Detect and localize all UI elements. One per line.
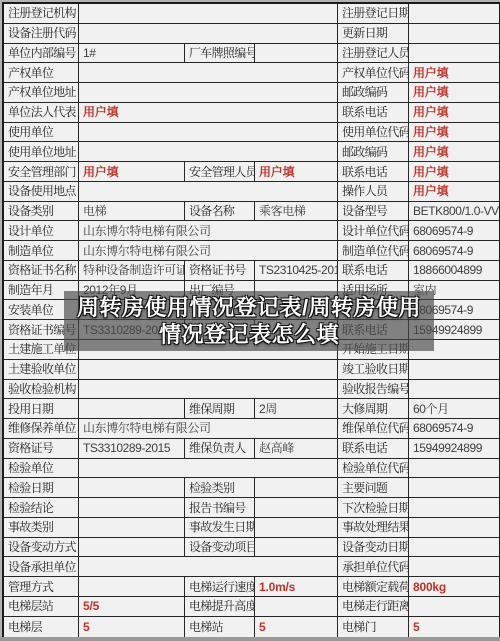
field-label: 设计单位 [4,221,79,241]
field-value: 用户填 [255,162,338,182]
field-label: 电梯额定载荷 [338,577,409,597]
field-value [79,182,338,202]
field-label: 设备类别 [4,202,79,222]
field-value: 用户填 [409,182,499,202]
field-label: 事故发生日期 [185,518,255,538]
field-label: 检验单位 [4,459,79,479]
field-value: 800kg [409,577,499,597]
field-value [409,498,499,518]
field-value [409,518,499,538]
field-value: 68069574-9 [409,241,499,261]
field-value: 2周 [255,399,338,419]
field-label: 安全管理部门 [4,162,79,182]
field-label: 注册登记日期 [338,4,409,24]
field-label: 维保单位代码 [338,419,409,439]
field-label: 联系电话 [338,261,409,281]
field-label: 使用单位代码 [338,123,409,143]
field-label: 大修周期 [338,399,409,419]
field-value: 18866004899 [409,261,499,281]
field-value [79,518,185,538]
field-label: 土建验收单位 [4,360,79,380]
field-label: 资格证书名称 [4,261,79,281]
field-value [79,557,338,577]
field-label: 报告书编号 [185,498,255,518]
field-value [79,538,185,558]
field-value [255,597,338,617]
field-label: 电梯站 [185,617,255,637]
field-label: 更新日期 [338,24,409,44]
field-label: 设备变动项目 [185,538,255,558]
field-label: 检验单位代码 [338,459,409,479]
field-value: 山东博尔特电梯有限公司 [79,221,338,241]
field-label: 电梯层站 [4,597,79,617]
field-label: 设备名称 [185,202,255,222]
field-label: 承担单位代码 [338,557,409,577]
field-label: 投用日期 [4,399,79,419]
field-label: 单位法人代表 [4,103,79,123]
field-label: 厂车牌照编号 [185,44,255,64]
field-label: 联系电话 [338,103,409,123]
field-value: TS2310425-2014 [255,261,338,281]
field-value: 用户填 [79,162,185,182]
field-value: 特种设备制造许可证 [79,261,185,281]
field-label: 设备变动方式 [4,538,79,558]
field-value [79,83,338,103]
field-label: 检验类别 [185,478,255,498]
field-value [255,478,338,498]
field-value [409,380,499,400]
field-value [255,518,338,538]
field-label: 安全管理人员 [185,162,255,182]
field-label: 检验结论 [4,498,79,518]
field-label: 资格证号 [4,439,79,459]
field-value: 5/5 [79,597,185,617]
field-value: 山东博尔特电梯有限公司 [79,419,338,439]
field-label: 验收检验机构 [4,380,79,400]
field-value [79,123,338,143]
field-label: 产权单位地址 [4,83,79,103]
field-value [409,360,499,380]
field-label: 维保负责人 [185,439,255,459]
field-label: 使用单位地址 [4,142,79,162]
field-value: 60个月 [409,399,499,419]
field-value [79,498,185,518]
field-value [409,4,499,24]
field-value: 68069574-9 [409,419,499,439]
field-label: 竣工验收日期 [338,360,409,380]
field-label: 单位内部编号 [4,44,79,64]
field-value: TS3310289-2015 [79,439,185,459]
field-value [255,44,338,64]
field-value: BETK800/1.0-VVVF [409,202,499,222]
equipment-registration-page: 注册登记机构注册登记日期设备注册代码更新日期单位内部编号1#厂车牌照编号注册登记… [0,0,500,641]
field-label: 联系电话 [338,439,409,459]
field-value [409,24,499,44]
field-label: 联系电话 [338,162,409,182]
overlay-title-line2: 情况登记表怎么填 [159,321,339,348]
field-label: 操作人员 [338,182,409,202]
field-value [255,538,338,558]
field-value: 用户填 [409,123,499,143]
field-label: 事故处理结果 [338,518,409,538]
field-value: 用户填 [409,162,499,182]
field-label: 制造单位 [4,241,79,261]
field-label: 使用单位 [4,123,79,143]
field-label: 设计单位代码 [338,221,409,241]
field-value: 用户填 [409,142,499,162]
field-value [255,498,338,518]
field-value [409,597,499,617]
field-label: 电梯走行距离 [338,597,409,617]
field-label: 设备承担单位 [4,557,79,577]
field-label: 管理方式 [4,577,79,597]
field-value [79,478,185,498]
field-label: 产权单位 [4,63,79,83]
field-label: 电梯运行速度 [185,577,255,597]
field-value [79,399,185,419]
field-value [409,538,499,558]
field-value: 赵高峰 [255,439,338,459]
field-value: 1.0m/s [255,577,338,597]
field-value: 电梯 [79,202,185,222]
field-label: 电梯提升高度 [185,597,255,617]
field-label: 事故类别 [4,518,79,538]
field-label: 产权单位代码 [338,63,409,83]
field-value [79,63,338,83]
field-value: 乘客电梯 [255,202,338,222]
field-label: 验收报告编号 [338,380,409,400]
field-label: 邮政编码 [338,83,409,103]
field-label: 维修保养单位 [4,419,79,439]
field-label: 设备变动日期 [338,538,409,558]
page-bottom-margin [0,637,500,641]
field-value [409,44,499,64]
field-value: 用户填 [409,83,499,103]
field-label: 电梯层 [4,617,79,637]
watermark-title-overlay: 周转房使用情况登记表/周转房使用 情况登记表怎么填 [64,291,434,351]
field-label: 设备使用地点 [4,182,79,202]
field-value [409,459,499,479]
field-label: 邮政编码 [338,142,409,162]
field-value: 5 [409,617,499,637]
field-label: 设备注册代码 [4,24,79,44]
field-value [79,24,338,44]
field-value [79,380,338,400]
field-label: 下次检验日期 [338,498,409,518]
field-value [79,142,338,162]
field-value: 68069574-9 [409,221,499,241]
field-label: 资格证书号 [185,261,255,281]
field-value [409,478,499,498]
field-value: 5 [79,617,185,637]
field-value [79,4,338,24]
field-label: 注册登记人员 [338,44,409,64]
field-value: 15949924899 [409,439,499,459]
field-value: 1# [79,44,185,64]
field-value [79,577,185,597]
field-label: 维保周期 [185,399,255,419]
field-label: 设备型号 [338,202,409,222]
field-label: 主要问题 [338,478,409,498]
field-value: 用户填 [79,103,338,123]
field-value: 山东博尔特电梯有限公司 [79,241,338,261]
field-value: 用户填 [409,103,499,123]
field-value: 用户填 [409,63,499,83]
field-value [79,459,338,479]
field-label: 注册登记机构 [4,4,79,24]
field-value [409,557,499,577]
field-label: 制造单位代码 [338,241,409,261]
field-value: 5 [255,617,338,637]
field-label: 检验日期 [4,478,79,498]
field-label: 电梯门 [338,617,409,637]
field-value [79,360,338,380]
overlay-title-line1: 周转房使用情况登记表/周转房使用 [77,294,421,321]
